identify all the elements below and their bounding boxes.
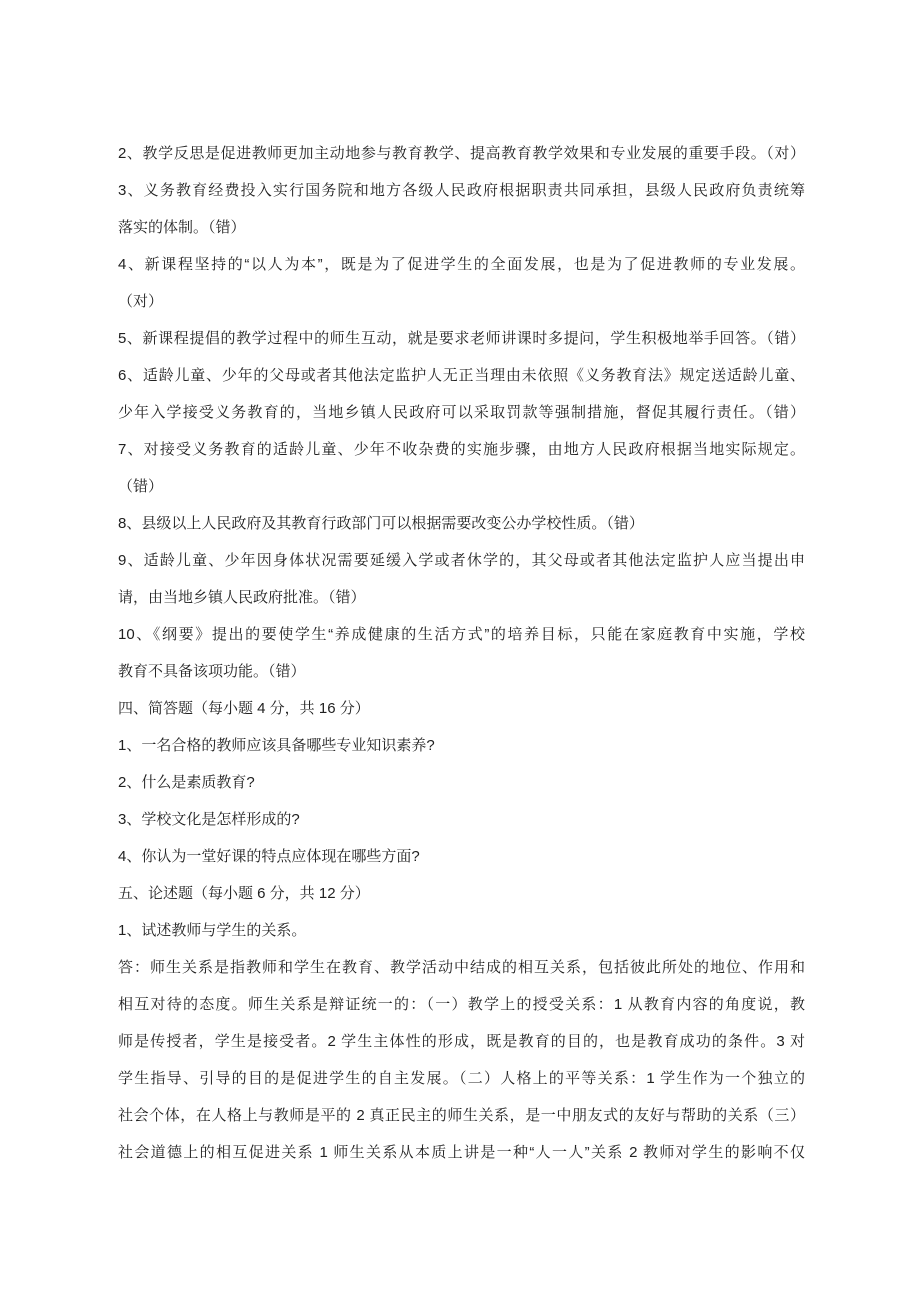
tf-question-7-line-1: 7、对接受义务教育的适龄儿童、少年不收杂费的实施步骤，由地方人民政府根据当地实际… [118, 431, 805, 468]
tf-question-6-line-1: 6、适龄儿童、少年的父母或者其他法定监护人无正当理由未依照《义务教育法》规定送适… [118, 357, 805, 394]
tf-question-4-line-2: （对） [118, 283, 805, 320]
tf-question-3-line-1: 3、义务教育经费投入实行国务院和地方各级人民政府根据职责共同承担，县级人民政府负… [118, 172, 805, 209]
tf-question-2: 2、教学反思是促进教师更加主动地参与教育教学、提高教育教学效果和专业发展的重要手… [118, 135, 805, 172]
short-answer-question-3: 3、学校文化是怎样形成的? [118, 801, 805, 838]
tf-question-4-line-1: 4、新课程坚持的“以人为本”，既是为了促进学生的全面发展，也是为了促进教师的专业… [118, 246, 805, 283]
essay-answer-line-3: 师是传授者，学生是接受者。2 学生主体性的形成，既是教育的目的，也是教育成功的条… [118, 1023, 805, 1060]
tf-question-3-line-2: 落实的体制。（错） [118, 209, 805, 246]
essay-answer-line-2: 相互对待的态度。师生关系是辩证统一的：（一）教学上的授受关系：1 从教育内容的角… [118, 986, 805, 1023]
document-page: 2、教学反思是促进教师更加主动地参与教育教学、提高教育教学效果和专业发展的重要手… [0, 0, 920, 1301]
essay-answer-line-5: 社会个体，在人格上与教师是平的 2 真正民主的师生关系，是一中朋友式的友好与帮助… [118, 1097, 805, 1134]
tf-question-10-line-2: 教育不具备该项功能。（错） [118, 653, 805, 690]
short-answer-question-4: 4、你认为一堂好课的特点应体现在哪些方面? [118, 838, 805, 875]
section-title-essay: 五、论述题（每小题 6 分，共 12 分） [118, 875, 805, 912]
short-answer-question-1: 1、一名合格的教师应该具备哪些专业知识素养? [118, 727, 805, 764]
essay-answer-line-1: 答：师生关系是指教师和学生在教育、教学活动中结成的相互关系，包括彼此所处的地位、… [118, 949, 805, 986]
tf-question-8: 8、县级以上人民政府及其教育行政部门可以根据需要改变公办学校性质。（错） [118, 505, 805, 542]
tf-question-9-line-1: 9、适龄儿童、少年因身体状况需要延缓入学或者休学的，其父母或者其他法定监护人应当… [118, 542, 805, 579]
tf-question-5: 5、新课程提倡的教学过程中的师生互动，就是要求老师讲课时多提问，学生积极地举手回… [118, 320, 805, 357]
short-answer-question-2: 2、什么是素质教育? [118, 764, 805, 801]
essay-question-1: 1、试述教师与学生的关系。 [118, 912, 805, 949]
essay-answer-line-4: 学生指导、引导的目的是促进学生的自主发展。（二）人格上的平等关系：1 学生作为一… [118, 1060, 805, 1097]
tf-question-9-line-2: 请，由当地乡镇人民政府批准。（错） [118, 579, 805, 616]
essay-answer-line-6: 社会道德上的相互促进关系 1 师生关系从本质上讲是一种“人一人”关系 2 教师对… [118, 1134, 805, 1171]
tf-question-7-line-2: （错） [118, 468, 805, 505]
tf-question-6-line-2: 少年入学接受义务教育的，当地乡镇人民政府可以采取罚款等强制措施，督促其履行责任。… [118, 394, 805, 431]
tf-question-10-line-1: 10、《纲要》提出的要使学生“养成健康的生活方式”的培养目标，只能在家庭教育中实… [118, 616, 805, 653]
section-title-short-answer: 四、简答题（每小题 4 分，共 16 分） [118, 690, 805, 727]
